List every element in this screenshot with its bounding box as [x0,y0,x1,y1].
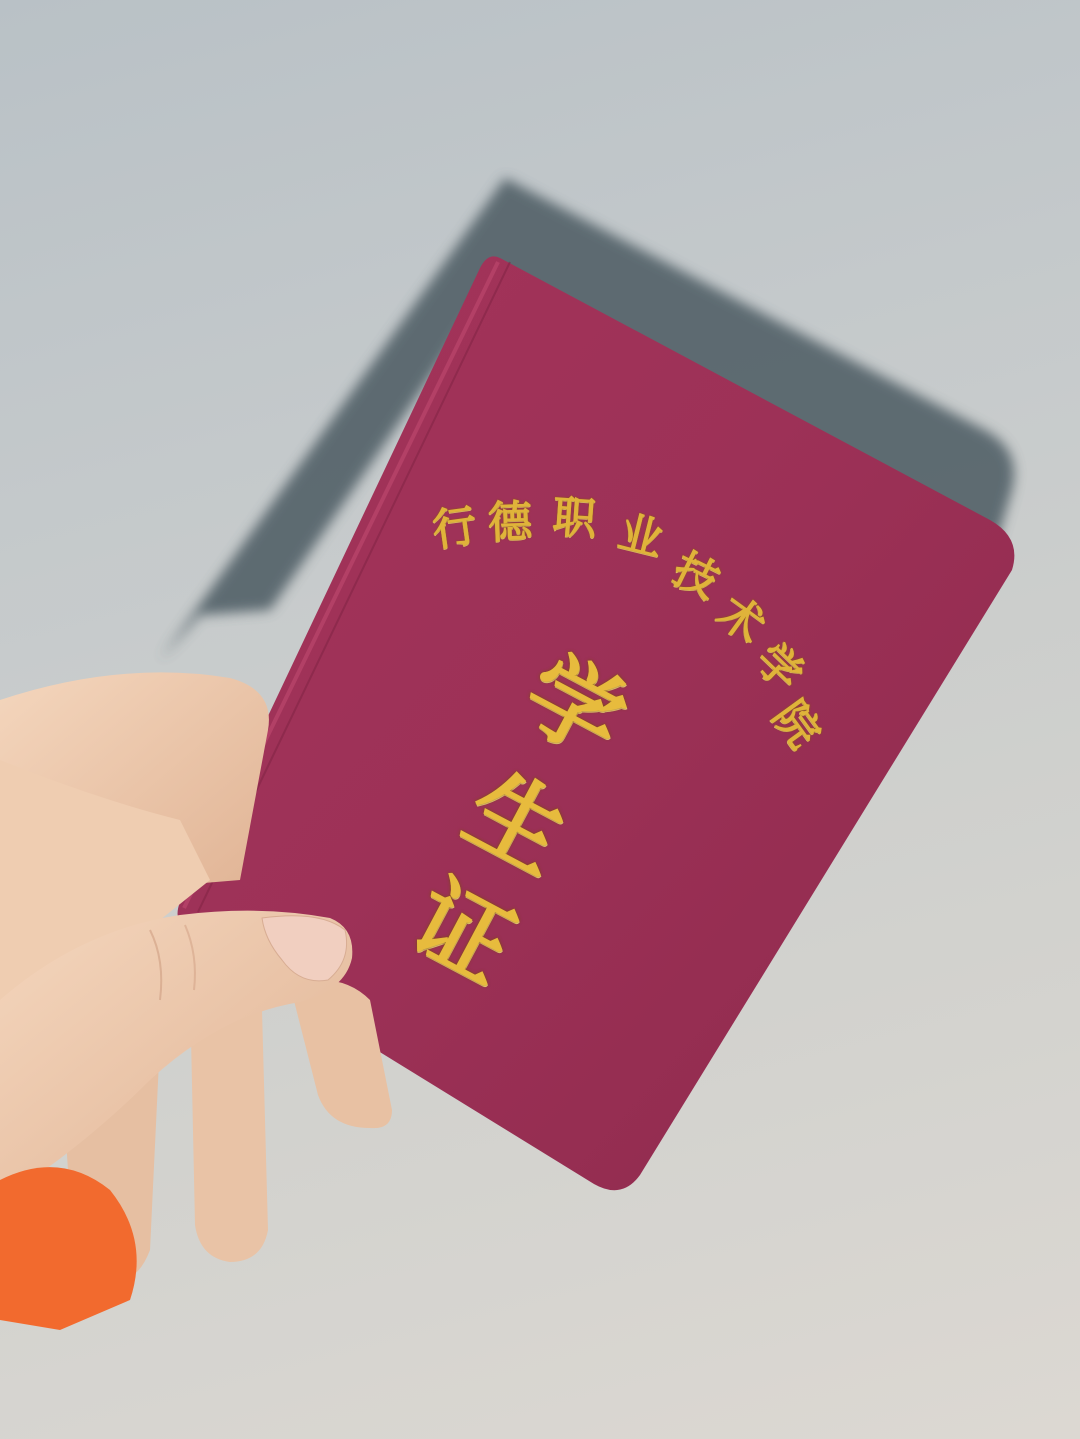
photo-scene: 行 德 职 业 技 术 学 院 学 生 证 [0,0,1080,1439]
hand [0,0,1080,1439]
